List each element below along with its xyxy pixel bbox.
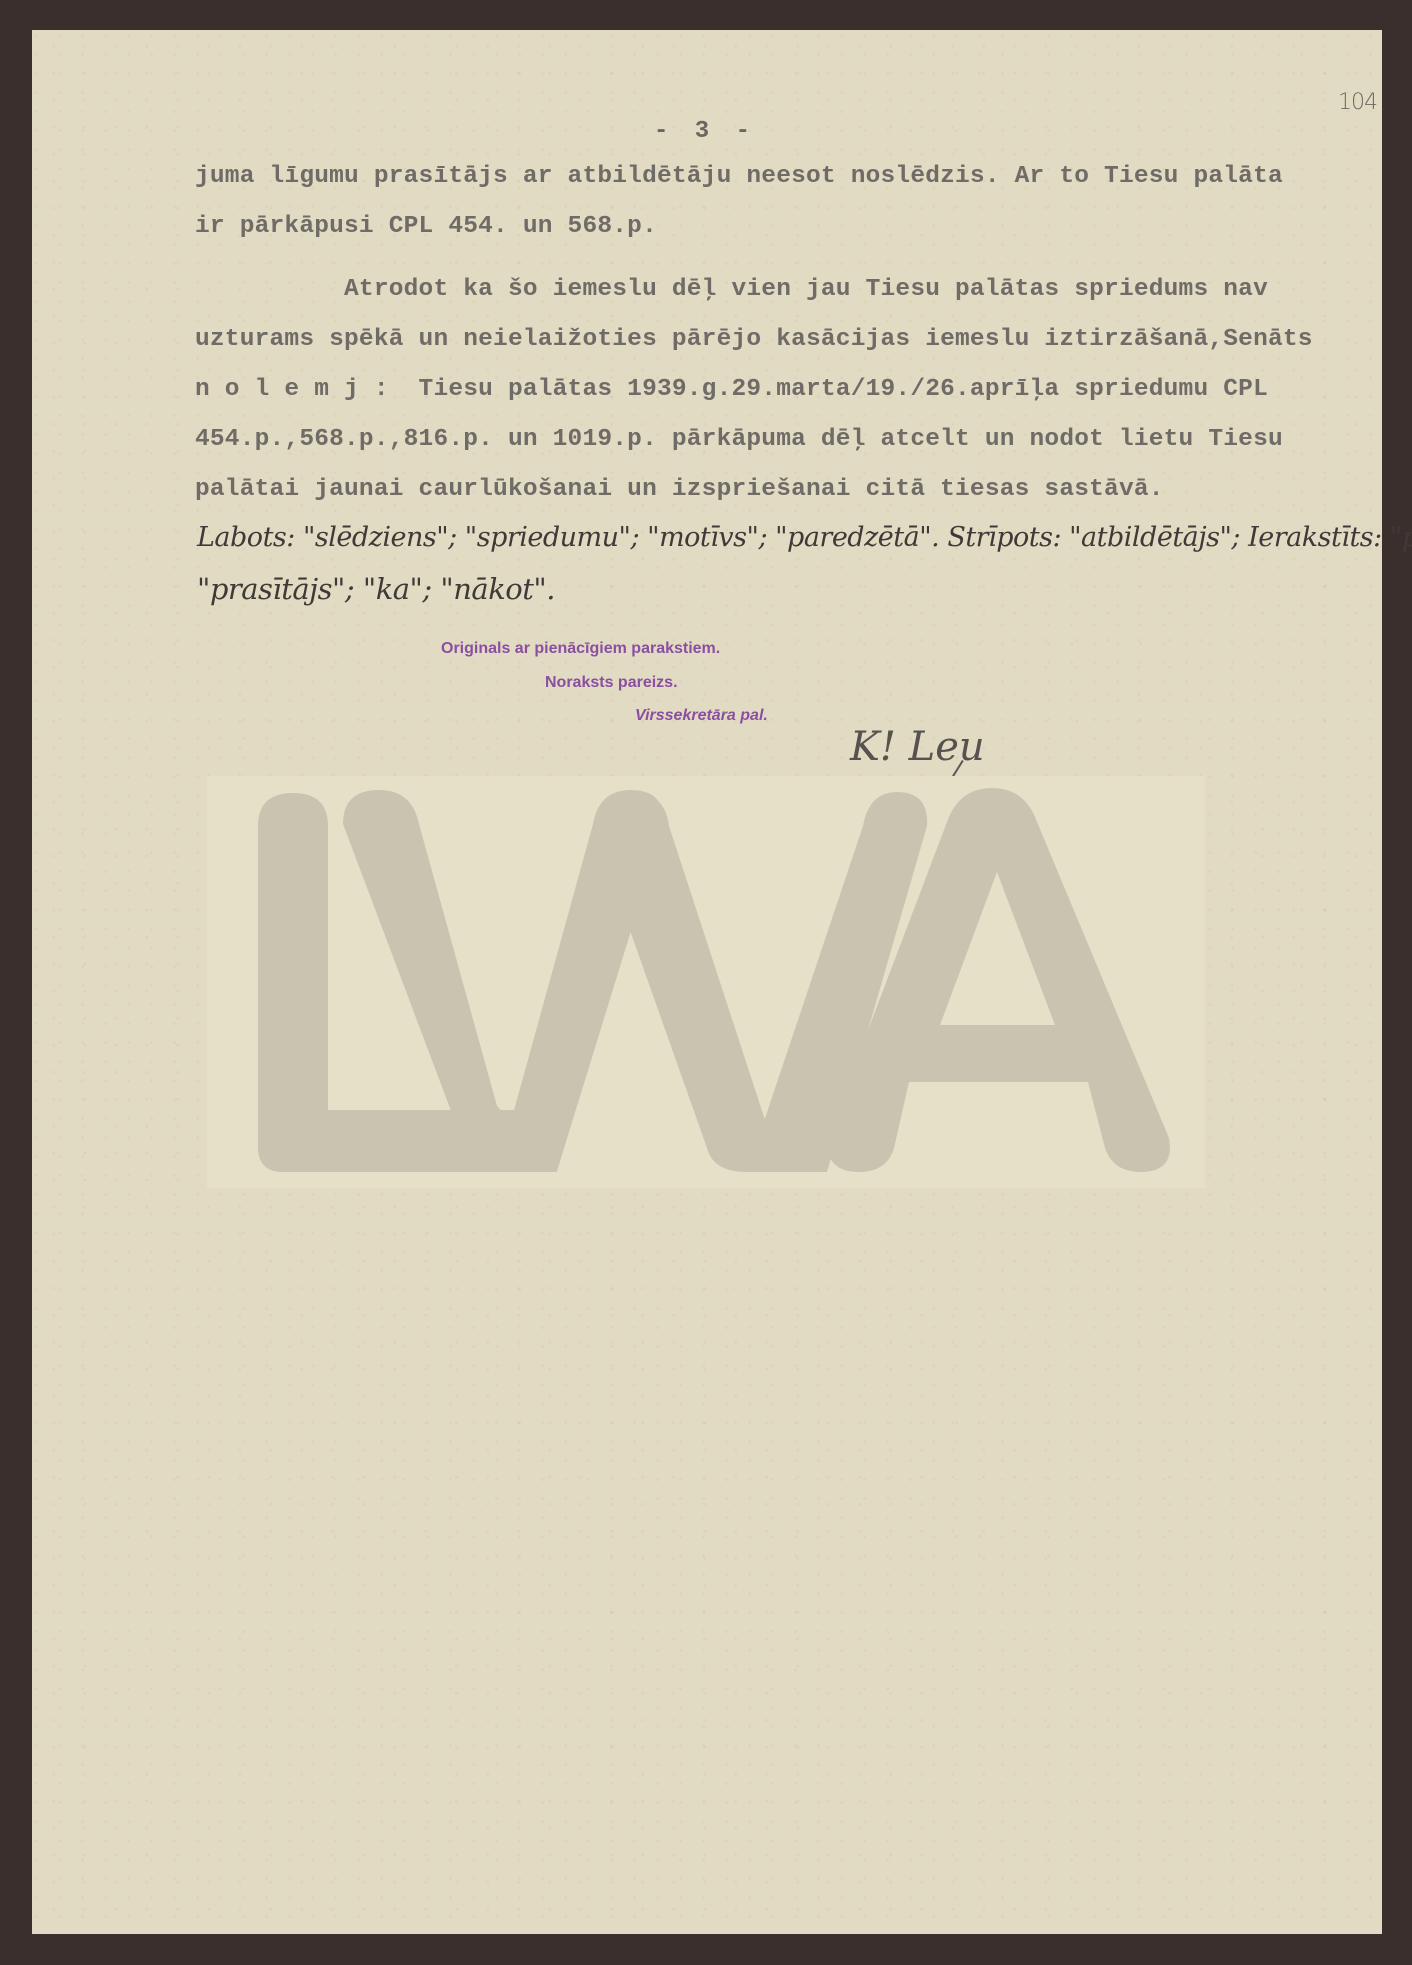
stamp-line-original: Originals ar pienācīgiem parakstiem.	[441, 640, 720, 658]
lvva-watermark: LVVA	[207, 776, 1205, 1188]
handwritten-note-1: Labots: "slēdziens"; "spriedumu"; "motīv…	[197, 522, 1412, 553]
handwritten-note-2: "prasītājs"; "ka"; "nākot".	[197, 572, 555, 606]
page-number: - 3 -	[654, 118, 756, 145]
typed-line-5: n o l e m j : Tiesu palātas 1939.g.29.ma…	[195, 376, 1268, 403]
typed-line-4: uzturams spēkā un neielaižoties pārējo k…	[195, 326, 1313, 353]
folio-number: 104	[1338, 90, 1377, 115]
typed-line-1: juma līgumu prasītājs ar atbildētāju nee…	[195, 163, 1283, 190]
stamp-line-secretary: Virssekretāra pal.	[635, 707, 768, 725]
typed-line-7: palātai jaunai caurlūkošanai un izsprieš…	[195, 476, 1164, 503]
typed-line-6: 454.p.,568.p.,816.p. un 1019.p. pārkāpum…	[195, 426, 1283, 453]
signature: K! Leu	[850, 724, 985, 770]
typed-line-3: Atrodot ka šo iemeslu dēļ vien jau Tiesu…	[195, 276, 1268, 303]
lvva-logo-icon	[207, 776, 1205, 1188]
stamp-line-copy-correct: Noraksts pareizs.	[545, 674, 678, 692]
typed-line-2: ir pārkāpusi CPL 454. un 568.p.	[195, 213, 657, 240]
